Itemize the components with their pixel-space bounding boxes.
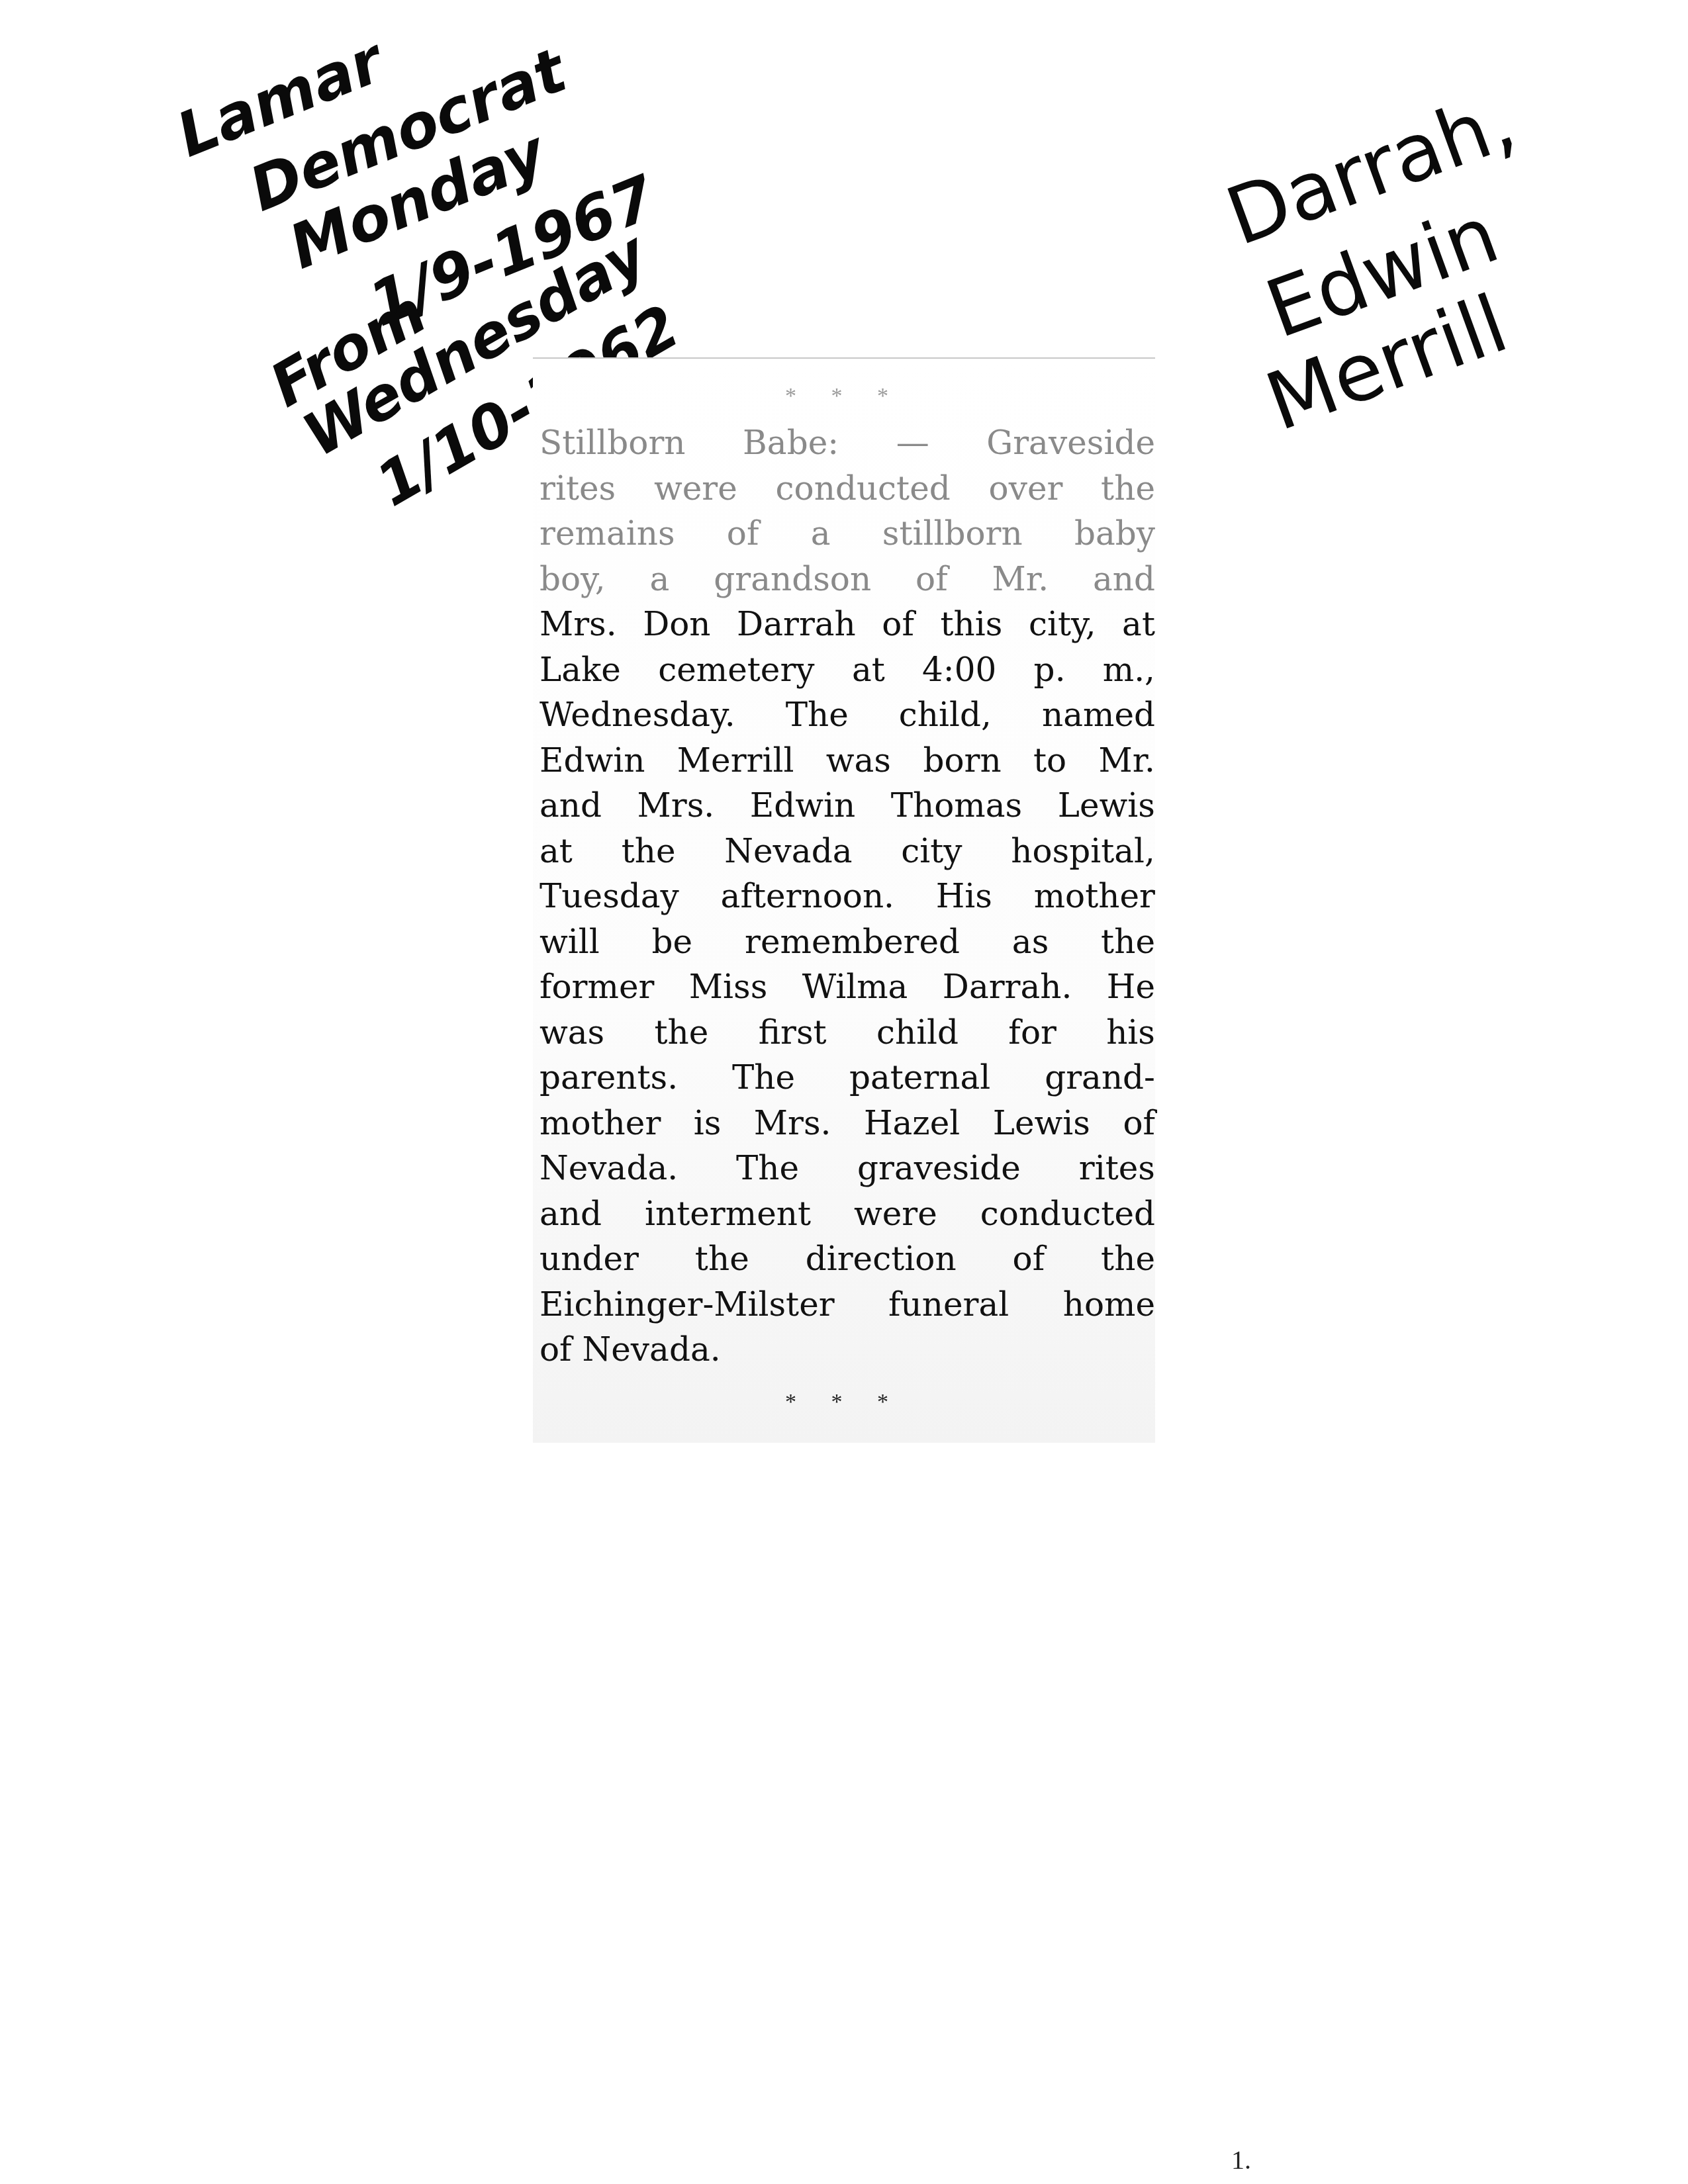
newspaper-clipping: * * * Stillborn Babe: — Gravesiderites w… [533,357,1155,1443]
article-line: former Miss Wilma Darrah. He [539,964,1155,1010]
article-line: was the first child for his [539,1010,1155,1056]
article-line: remains of a stillborn baby [539,511,1155,557]
article-line: Wednesday. The child, named [539,692,1155,738]
handwritten-subject-name: Darrah, Edwin Merrill [1244,179,1542,443]
article-line: under the direction of the [539,1236,1155,1282]
clipping-edge [533,357,1155,359]
article-line: Mrs. Don Darrah of this city, at [539,602,1155,647]
article-line: Tuesday afternoon. His mother [539,874,1155,919]
article-line: boy, a grandson of Mr. and [539,557,1155,602]
article-line: of Nevada. [539,1327,1155,1373]
article-line: and interment were conducted [539,1191,1155,1237]
article-line: rites were conducted over the [539,466,1155,512]
article-line: Eichinger-Milster funeral home [539,1282,1155,1328]
article-line: Stillborn Babe: — Graveside [539,420,1155,466]
article-line: at the Nevada city hospital, [539,829,1155,874]
article-line: Lake cemetery at 4:00 p. m., [539,647,1155,693]
separator-bottom: * * * [533,1390,1155,1415]
article-line: mother is Mrs. Hazel Lewis of [539,1101,1155,1146]
article-line: Edwin Merrill was born to Mr. [539,738,1155,784]
article-line: parents. The paternal grand- [539,1055,1155,1101]
article-line: Nevada. The graveside rites [539,1146,1155,1191]
page-mark: 1. [1231,2144,1251,2175]
separator-top: * * * [533,384,1155,409]
article-line: and Mrs. Edwin Thomas Lewis [539,783,1155,829]
article-body: Stillborn Babe: — Gravesiderites were co… [539,420,1155,1373]
article-line: will be remembered as the [539,919,1155,965]
